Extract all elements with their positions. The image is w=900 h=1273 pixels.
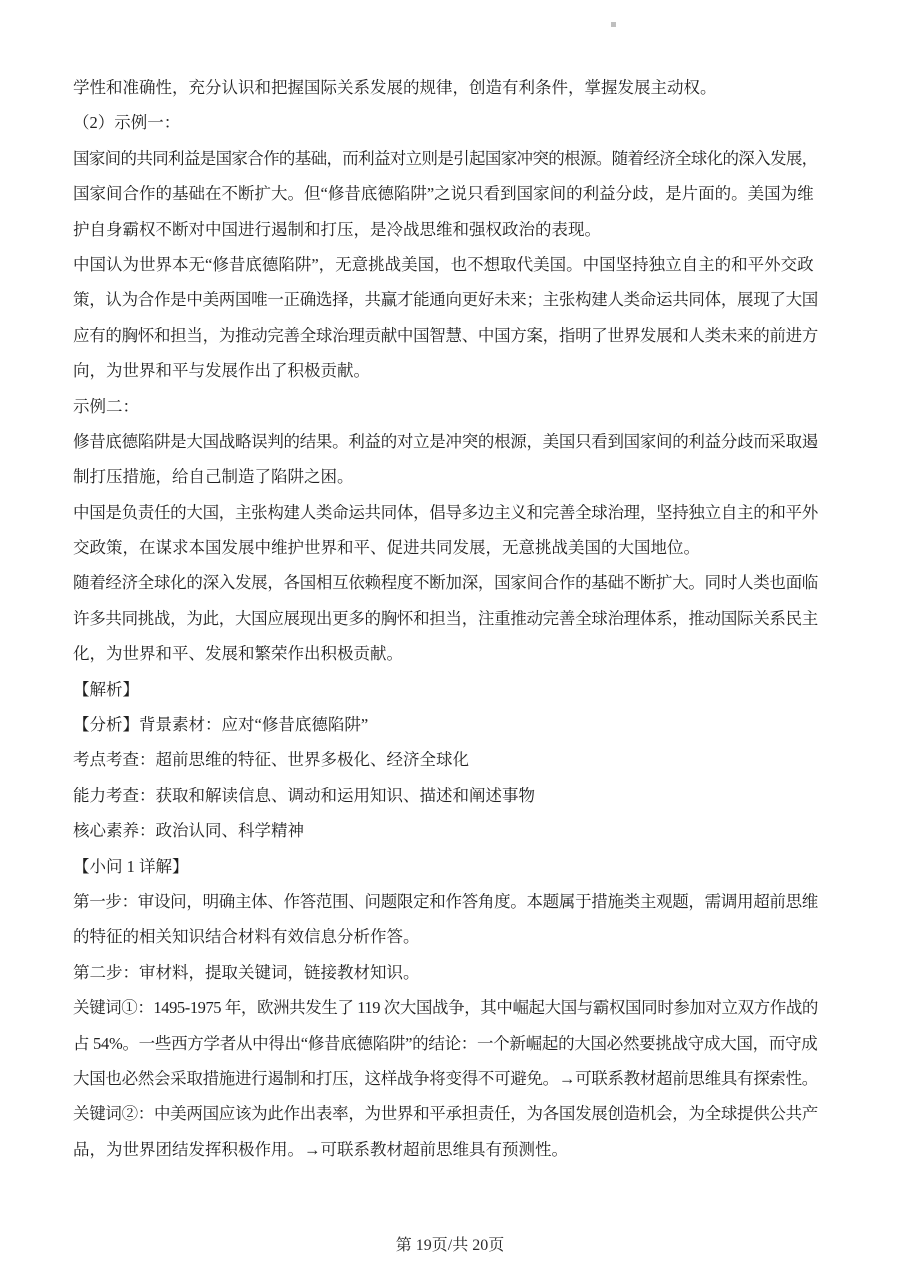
text-line: 考点考查：超前思维的特征、世界多极化、经济全球化 (73, 742, 818, 777)
text-line: 占 54%。一些西方学者从中得出“修昔底德陷阱”的结论：一个新崛起的大国必然要挑… (73, 1026, 818, 1061)
page-footer: 第 19页/共 20页 (0, 1232, 900, 1255)
text-line: 随着经济全球化的深入发展，各国相互依赖程度不断加深，国家间合作的基础不断扩大。同… (73, 565, 818, 600)
text-line: 化，为世界和平、发展和繁荣作出积极贡献。 (73, 636, 818, 671)
text-line: 【小问 1 详解】 (73, 849, 818, 884)
text-line: 许多共同挑战，为此，大国应展现出更多的胸怀和担当，注重推动完善全球治理体系，推动… (73, 601, 818, 636)
text-line: 向，为世界和平与发展作出了积极贡献。 (73, 353, 818, 388)
text-line: 护自身霸权不断对中国进行遏制和打压，是冷战思维和强权政治的表现。 (73, 212, 818, 247)
text-line: （2）示例一： (73, 105, 818, 140)
text-line: 制打压措施，给自己制造了陷阱之困。 (73, 459, 818, 494)
text-line: 中国认为世界本无“修昔底德陷阱”，无意挑战美国，也不想取代美国。中国坚持独立自主… (73, 247, 818, 282)
text-line: 关键词①：1495-1975 年，欧洲共发生了 119 次大国战争，其中崛起大国… (73, 990, 818, 1025)
text-line: 国家间合作的基础在不断扩大。但“修昔底德陷阱”之说只看到国家间的利益分歧，是片面… (73, 176, 818, 211)
text-line: 品，为世界团结发挥积极作用。→可联系教材超前思维具有预测性。 (73, 1132, 818, 1167)
text-line: 【分析】背景素材：应对“修昔底德陷阱” (73, 707, 818, 742)
text-line: 交政策，在谋求本国发展中维护世界和平、促进共同发展，无意挑战美国的大国地位。 (73, 530, 818, 565)
text-line: 中国是负责任的大国，主张构建人类命运共同体，倡导多边主义和完善全球治理，坚持独立… (73, 495, 818, 530)
text-line: 学性和准确性，充分认识和把握国际关系发展的规律，创造有利条件，掌握发展主动权。 (73, 70, 818, 105)
text-line: 修昔底德陷阱是大国战略误判的结果。利益的对立是冲突的根源，美国只看到国家间的利益… (73, 424, 818, 459)
document-page: 学性和准确性，充分认识和把握国际关系发展的规律，创造有利条件，掌握发展主动权。（… (0, 0, 900, 1273)
text-line: 【解析】 (73, 672, 818, 707)
text-line: 能力考查：获取和解读信息、调动和运用知识、描述和阐述事物 (73, 778, 818, 813)
text-line: 应有的胸怀和担当，为推动完善全球治理贡献中国智慧、中国方案，指明了世界发展和人类… (73, 318, 818, 353)
text-line: 第一步：审设问，明确主体、作答范围、问题限定和作答角度。本题属于措施类主观题，需… (73, 884, 818, 919)
text-line: 示例二： (73, 389, 818, 424)
page-number: 第 19页/共 20页 (396, 1237, 504, 1254)
scan-smudge-dot (611, 22, 616, 27)
text-line: 策，认为合作是中美两国唯一正确选择，共赢才能通向更好未来；主张构建人类命运共同体… (73, 282, 818, 317)
text-line: 国家间的共同利益是国家合作的基础，而利益对立则是引起国家冲突的根源。随着经济全球… (73, 141, 818, 176)
text-line: 关键词②：中美两国应该为此作出表率，为世界和平承担责任，为各国发展创造机会，为全… (73, 1096, 818, 1131)
text-line: 核心素养：政治认同、科学精神 (73, 813, 818, 848)
text-line: 第二步：审材料，提取关键词，链接教材知识。 (73, 955, 818, 990)
text-line: 大国也必然会采取措施进行遏制和打压，这样战争将变得不可避免。→可联系教材超前思维… (73, 1061, 818, 1096)
text-line: 的特征的相关知识结合材料有效信息分析作答。 (73, 919, 818, 954)
document-body: 学性和准确性，充分认识和把握国际关系发展的规律，创造有利条件，掌握发展主动权。（… (73, 70, 818, 1167)
